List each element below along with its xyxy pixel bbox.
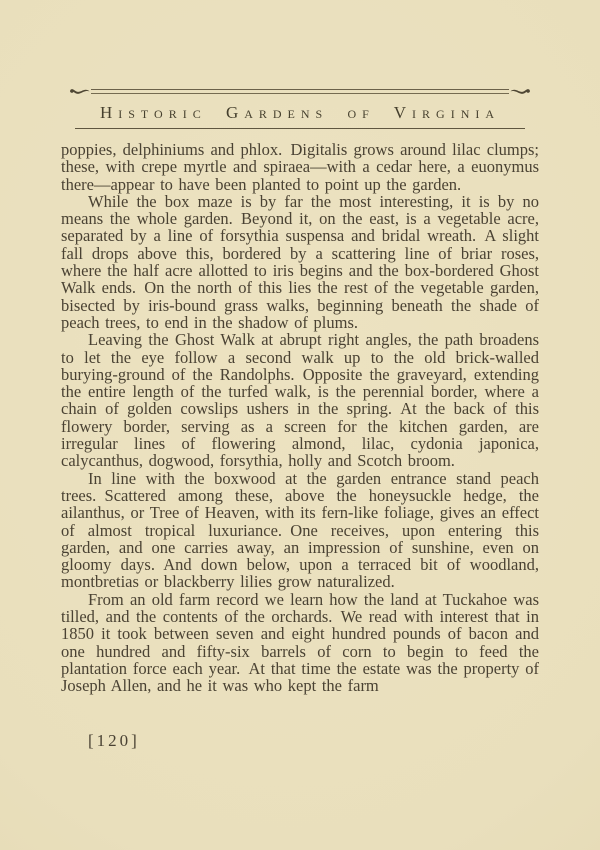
- page-footer: [120]: [88, 731, 140, 751]
- paragraph: In line with the boxwood at the garden e…: [61, 470, 539, 591]
- running-head-title: Historic Gardens of Virginia: [0, 103, 600, 123]
- page-number: [120]: [88, 731, 140, 750]
- double-rule-line: [91, 89, 509, 94]
- paragraph: From an old farm record we learn how the…: [61, 591, 539, 695]
- paragraph: While the box maze is by far the most in…: [61, 193, 539, 331]
- paragraph: poppies, delphiniums and phlox. Digitali…: [61, 141, 539, 193]
- page-body: poppies, delphiniums and phlox. Digitali…: [61, 141, 539, 695]
- scroll-ornament-left-icon: [69, 86, 90, 96]
- book-page: Historic Gardens of Virginia poppies, de…: [0, 0, 600, 850]
- ornamental-rule: [69, 86, 531, 96]
- title-underline-rule: [75, 128, 525, 129]
- paragraph: Leaving the Ghost Walk at abrupt right a…: [61, 331, 539, 469]
- scroll-ornament-right-icon: [510, 86, 531, 96]
- page-header: Historic Gardens of Virginia: [0, 86, 600, 129]
